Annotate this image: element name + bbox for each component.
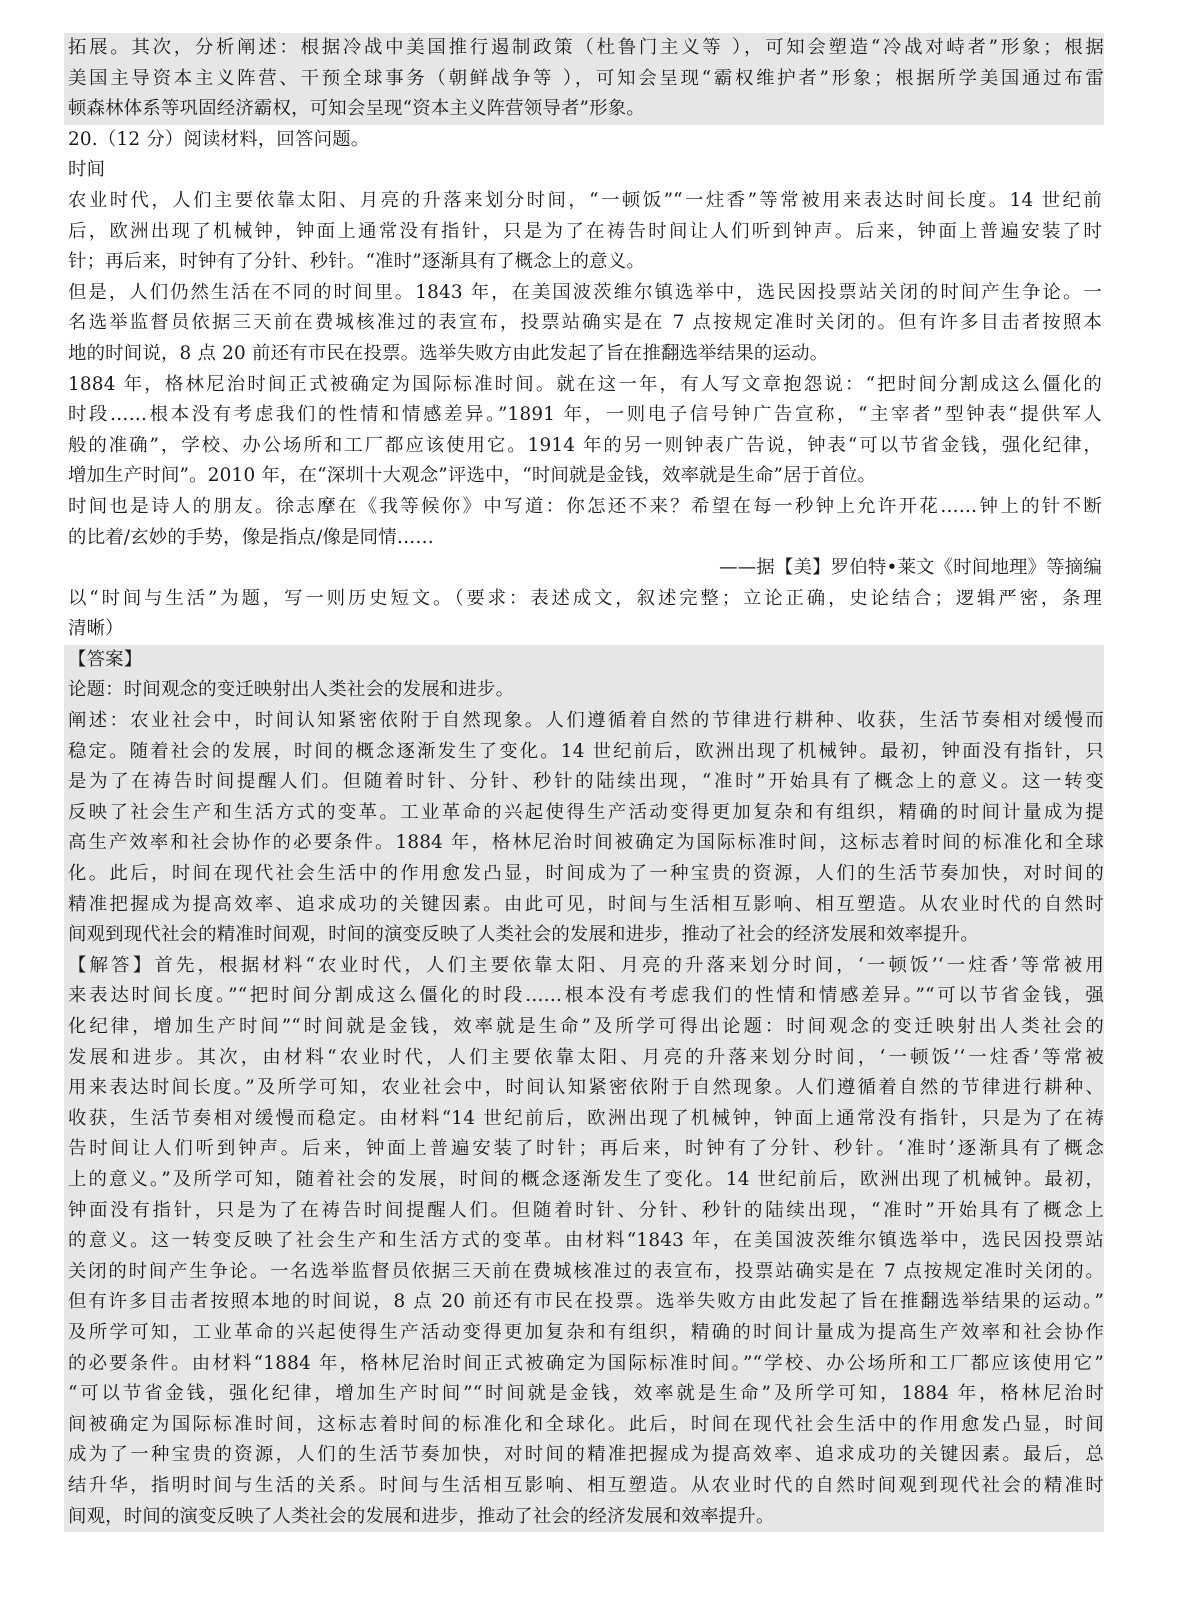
material-line: 般的准确”，学校、办公场所和工厂都应该使用它。1914 年的另一则钟表广告说，钟… <box>68 431 1102 462</box>
previous-answer-block: 拓展。其次，分析阐述：根据冷战中美国推行遏制政策（杜鲁门主义等 ），可知会塑造“… <box>64 33 1104 125</box>
explanation-line: 间观，时间的演变反映了人类社会的发展和进步，推动了社会的经济发展和效率提升。 <box>68 1502 1104 1533</box>
material-line: 时间也是诗人的朋友。徐志摩在《我等候你》中写道：你怎还不来？希望在每一秒钟上允许… <box>68 492 1102 523</box>
explanation-line: 的必要条件。由材料“1884 年，格林尼治时间正式被确定为国际标准时间。”“学校… <box>68 1349 1104 1380</box>
material-line: 针；再后来，时钟有了分针、秒针。“准时”逐渐具有了概念上的意义。 <box>68 247 1102 278</box>
text-line: 拓展。其次，分析阐述：根据冷战中美国推行遏制政策（杜鲁门主义等 ），可知会塑造“… <box>68 33 1104 64</box>
explanation-line: 发展和进步。其次，由材料“农业时代，人们主要依靠太阳、月亮的升落来划分时间，‘一… <box>68 1043 1104 1074</box>
explanation-line: 结升华，指明时间与生活的关系。时间与生活相互影响、相互塑造。从农业时代的自然时间… <box>68 1471 1104 1502</box>
answer-block: 【答案】 论题：时间观念的变迁映射出人类社会的发展和进步。 阐述：农业社会中，时… <box>64 645 1104 1532</box>
explanation-line: 间被确定为国际标准时间，这标志着时间的标准化和全球化。此后，时间在现代社会生活中… <box>68 1410 1104 1441</box>
explanation-line: 上的意义。”及所学可知，随着社会的发展，时间的概念逐渐发生了变化。14 世纪前后… <box>68 1165 1104 1196</box>
answer-line: 高生产效率和社会协作的必要条件。1884 年，格林尼治时间被确定为国际标准时间，… <box>68 828 1104 859</box>
text-line: 美国主导资本主义阵营、干预全球事务（朝鲜战争等 ），可知会呈现“霸权维护者”形象… <box>68 64 1104 95</box>
material-line: 后，欧洲出现了机械钟，钟面上通常没有指针，只是为了在祷告时间让人们听到钟声。后来… <box>68 217 1102 248</box>
explanation-line: “可以节省金钱，强化纪律，增加生产时间”“时间就是金钱，效率就是生命”及所学可知… <box>68 1379 1104 1410</box>
answer-line: 阐述：农业社会中，时间认知紧密依附于自然现象。人们遵循着自然的节律进行耕种、收获… <box>68 706 1104 737</box>
explanation-line: 及所学可知，工业革命的兴起使得生产活动变得更加复杂和有组织，精确的时间计量成为提… <box>68 1318 1104 1349</box>
explanation-line: 【解答】首先，根据材料“农业时代，人们主要依靠太阳、月亮的升落来划分时间，‘一顿… <box>68 951 1104 982</box>
question-prompt: 以“时间与生活”为题，写一则历史短文。（要求：表述成文，叙述完整；立论正确，史论… <box>68 584 1102 615</box>
explanation-line: 成为了一种宝贵的资源，人们的生活节奏加快，对时间的精准把握成为提高效率、追求成功… <box>68 1440 1104 1471</box>
explanation-line: 但有许多目击者按照本地的时间说，8 点 20 前还有市民在投票。选举失败方由此发… <box>68 1287 1104 1318</box>
answer-line: 论题：时间观念的变迁映射出人类社会的发展和进步。 <box>68 675 1104 706</box>
question-prompt: 清晰） <box>68 614 1102 645</box>
material-text: 农业时代，人们主要依靠太阳、月亮的升落来划分时间，“一顿饭”“一炷香”等常被用来… <box>68 186 1102 553</box>
explanation-line: 钟面没有指针，只是为了在祷告时间提醒人们。但随着时针、分针、秒针的陆续出现，“准… <box>68 1196 1104 1227</box>
explanation-line: 的意义。这一转变反映了社会生产和生活方式的变革。由材料“1843 年，在美国波茨… <box>68 1226 1104 1257</box>
material-line: 增加生产时间”。2010 年，在“深圳十大观念”评选中，“时间就是金钱，效率就是… <box>68 461 1102 492</box>
document-page: 拓展。其次，分析阐述：根据冷战中美国推行遏制政策（杜鲁门主义等 ），可知会塑造“… <box>68 33 1102 1532</box>
explanation-line: 收获，生活节奏相对缓慢而稳定。由材料“14 世纪前后，欧洲出现了机械钟，钟面上通… <box>68 1104 1104 1135</box>
explanation-line: 关闭的时间产生争论。一名选举监督员依据三天前在费城核准过的表宣布，投票站确实是在… <box>68 1257 1104 1288</box>
material-line: 但是，人们仍然生活在不同的时间里。1843 年，在美国波茨维尔镇选举中，选民因投… <box>68 278 1102 309</box>
answer-line: 是为了在祷告时间提醒人们。但随着时针、分针、秒针的陆续出现，“准时”开始具有了概… <box>68 767 1104 798</box>
answer-label: 【答案】 <box>68 645 1104 676</box>
answer-line: 化。此后，时间在现代社会生活中的作用愈发凸显，时间成为了一种宝贵的资源，人们的生… <box>68 859 1104 890</box>
material-line: 的比着/玄妙的手势，像是指点/像是同情…… <box>68 523 1102 554</box>
question-block: 20.（12 分）阅读材料，回答问题。 时间 农业时代，人们主要依靠太阳、月亮的… <box>68 125 1102 645</box>
material-line: 名选举监督员依据三天前在费城核准过的表宣布，投票站确实是在 7 点按规定准时关闭… <box>68 308 1102 339</box>
material-title: 时间 <box>68 155 1102 186</box>
answer-line: 反映了社会生产和生活方式的变革。工业革命的兴起使得生产活动变得更加复杂和有组织，… <box>68 798 1104 829</box>
text-line: 顿森林体系等巩固经济霸权，可知会呈现“资本主义阵营领导者”形象。 <box>68 94 1104 125</box>
answer-line: 精准把握成为提高效率、追求成功的关键因素。由此可见，时间与生活相互影响、相互塑造… <box>68 890 1104 921</box>
answer-line: 稳定。随着社会的发展，时间的概念逐渐发生了变化。14 世纪前后，欧洲出现了机械钟… <box>68 737 1104 768</box>
material-line: 地的时间说，8 点 20 前还有市民在投票。选举失败方由此发起了旨在推翻选举结果… <box>68 339 1102 370</box>
question-header: 20.（12 分）阅读材料，回答问题。 <box>68 125 1102 156</box>
explanation-line: 告时间让人们听到钟声。后来，钟面上普遍安装了时针；再后来，时钟有了分针、秒针。‘… <box>68 1134 1104 1165</box>
explanation-line: 化纪律，增加生产时间”“时间就是金钱，效率就是生命”及所学可得出论题：时间观念的… <box>68 1012 1104 1043</box>
material-source: ——据【美】罗伯特•莱文《时间地理》等摘编 <box>68 553 1102 584</box>
explanation-line: 来表达时间长度。”“把时间分割成这么僵化的时段……根本没有考虑我们的性情和情感差… <box>68 981 1104 1012</box>
explanation-line: 用来表达时间长度。”及所学可知，农业社会中，时间认知紧密依附于自然现象。人们遵循… <box>68 1073 1104 1104</box>
material-line: 农业时代，人们主要依靠太阳、月亮的升落来划分时间，“一顿饭”“一炷香”等常被用来… <box>68 186 1102 217</box>
material-line: 时段……根本没有考虑我们的性情和情感差异。”1891 年，一则电子信号钟广告宣称… <box>68 400 1102 431</box>
answer-line: 间观到现代社会的精准时间观，时间的演变反映了人类社会的发展和进步，推动了社会的经… <box>68 920 1104 951</box>
material-line: 1884 年，格林尼治时间正式被确定为国际标准时间。就在这一年，有人写文章抱怨说… <box>68 370 1102 401</box>
